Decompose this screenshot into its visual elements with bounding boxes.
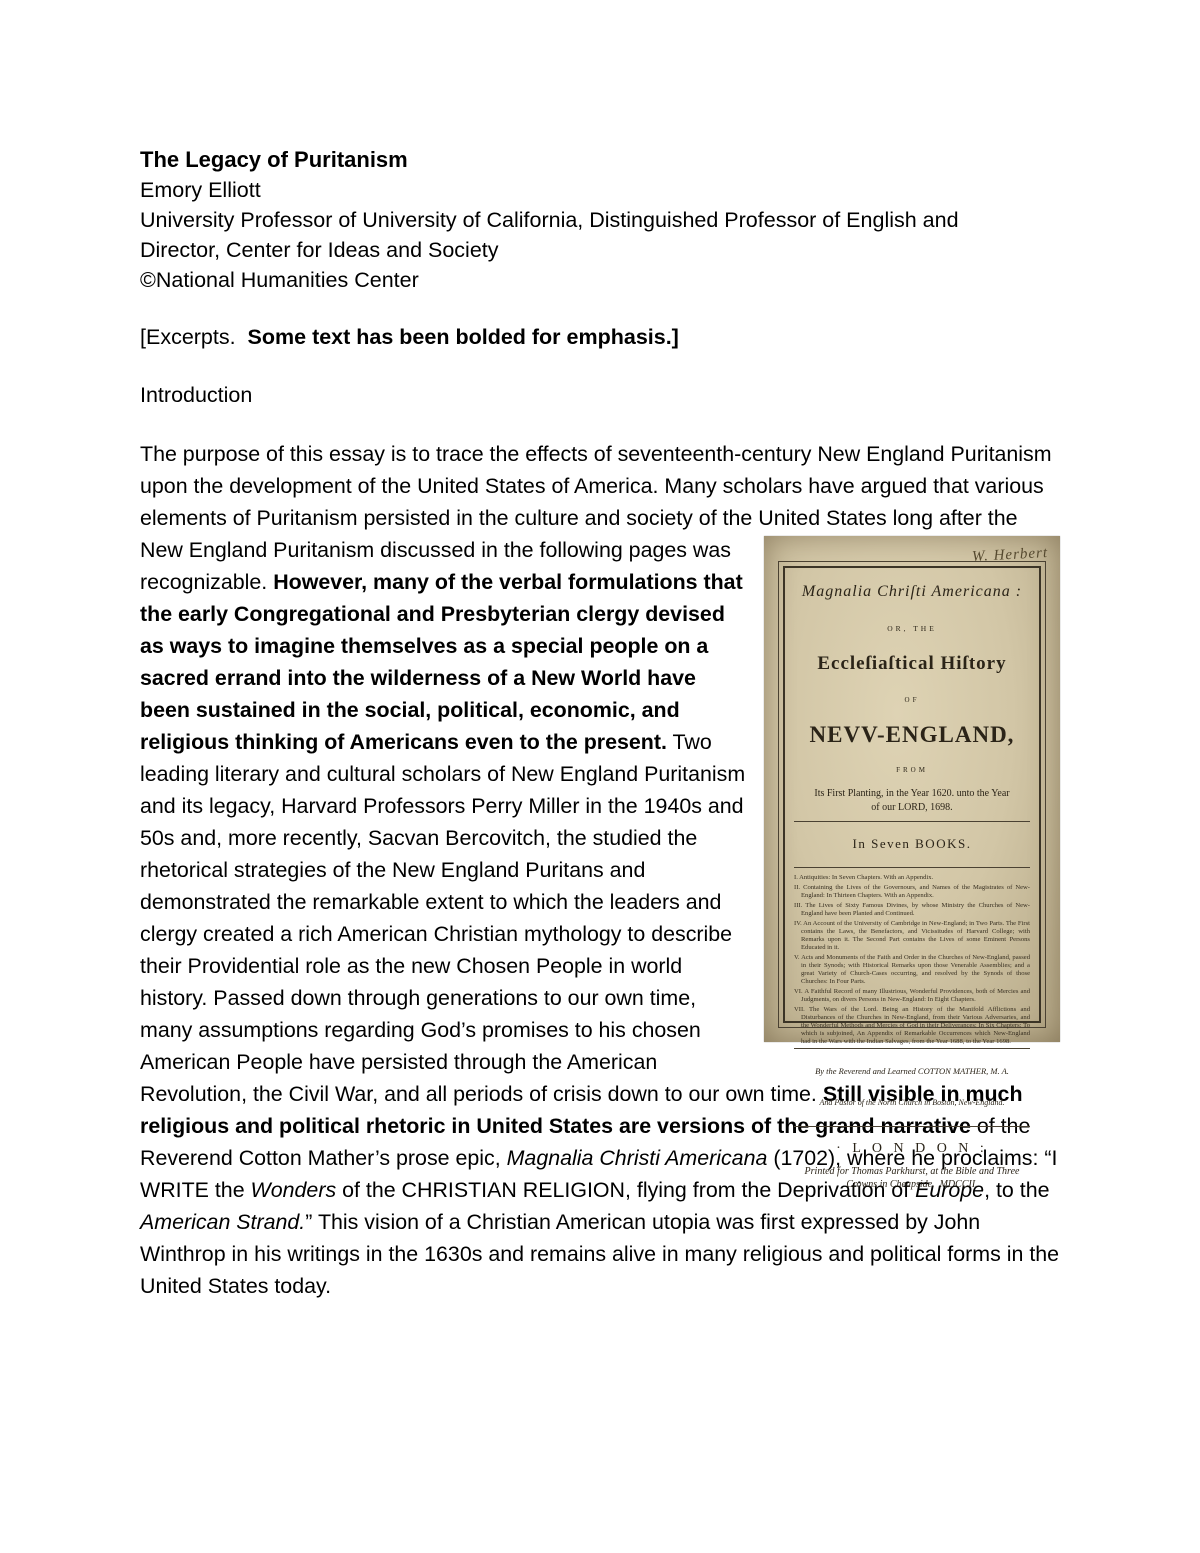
book-list-item: IV. An Account of the University of Camb…	[794, 920, 1030, 952]
book-of-word: OF	[794, 684, 1030, 716]
affiliation-line-1: University Professor of University of Ca…	[140, 205, 1060, 235]
book-list-item: III. The Lives of Sixty Famous Divines, …	[794, 902, 1030, 918]
book-byline-line-2: And Pastor of the North Church in Boston…	[794, 1087, 1030, 1119]
document-title: The Legacy of Puritanism	[140, 145, 1060, 175]
book-printer-line-2: Crowns in Cheapside. MDCCII.	[794, 1179, 1030, 1191]
book-frame: Magnalia Chriſti Americana : OR, THE Ecc…	[778, 561, 1046, 1028]
book-contents-list: I. Antiquities: In Seven Chapters. With …	[794, 874, 1030, 1048]
paragraph-text: Two leading literary and cultural schola…	[140, 730, 823, 1106]
book-printer-line-1: Printed for Thomas Parkhurst, at the Bib…	[794, 1166, 1030, 1178]
book-divider	[794, 1126, 1030, 1127]
book-planting-line-2: of our LORD, 1698.	[794, 802, 1030, 814]
paragraph-bold-text: However, many of the verbal formulations…	[140, 570, 743, 754]
book-list-item: II. Containing the Lives of the Governou…	[794, 884, 1030, 900]
paragraph-italic-text: Wonders	[251, 1178, 337, 1202]
book-divider	[794, 821, 1030, 822]
book-list-item: VI. A Faithful Record of many Illustriou…	[794, 988, 1030, 1004]
book-new-england-title: NEVV-ENGLAND,	[794, 719, 1030, 751]
excerpt-note-prefix: [Excerpts.	[140, 325, 248, 349]
book-ecclesiastical-history: Eccleſiaſtical Hiſtory	[794, 648, 1030, 680]
paragraph-italic-text: Magnalia Christi Americana	[507, 1146, 768, 1170]
body-paragraph: The purpose of this essay is to trace th…	[140, 438, 1060, 1302]
book-in-seven-books: In Seven BOOKS.	[794, 828, 1030, 860]
excerpt-note: [Excerpts. Some text has been bolded for…	[140, 321, 1060, 354]
book-frame-inner: Magnalia Chriſti Americana : OR, THE Ecc…	[783, 566, 1041, 1023]
copyright-line: ©National Humanities Center	[140, 265, 1060, 295]
section-heading: Introduction	[140, 379, 1060, 412]
excerpt-note-bold-text: Some text has been bolded for emphasis.]	[248, 325, 679, 349]
document-page: The Legacy of Puritanism Emory Elliott U…	[0, 0, 1200, 1553]
book-list-item: V. Acts and Monuments of the Faith and O…	[794, 954, 1030, 986]
book-titlepage-image: W. Herbert Magnalia Chriſti Americana : …	[764, 536, 1060, 1042]
paragraph-italic-text: American Strand.	[140, 1210, 305, 1234]
book-planting-line-1: Its First Planting, in the Year 1620. un…	[794, 788, 1030, 800]
document-header: The Legacy of Puritanism Emory Elliott U…	[140, 145, 1060, 295]
book-divider	[794, 1048, 1030, 1049]
book-list-item: I. Antiquities: In Seven Chapters. With …	[794, 874, 1030, 882]
book-from-word: FROM	[794, 754, 1030, 786]
book-london-imprint: · L O N D O N :	[794, 1133, 1030, 1165]
book-or-the: OR, THE	[794, 613, 1030, 645]
book-list-item: VII. The Wars of the Lord. Being an Hist…	[794, 1006, 1030, 1046]
book-latin-title: Magnalia Chriſti Americana :	[794, 576, 1030, 608]
book-byline-line-1: By the Reverend and Learned COTTON MATHE…	[794, 1055, 1030, 1087]
book-divider	[794, 867, 1030, 868]
affiliation-line-2: Director, Center for Ideas and Society	[140, 235, 1060, 265]
author-line: Emory Elliott	[140, 175, 1060, 205]
